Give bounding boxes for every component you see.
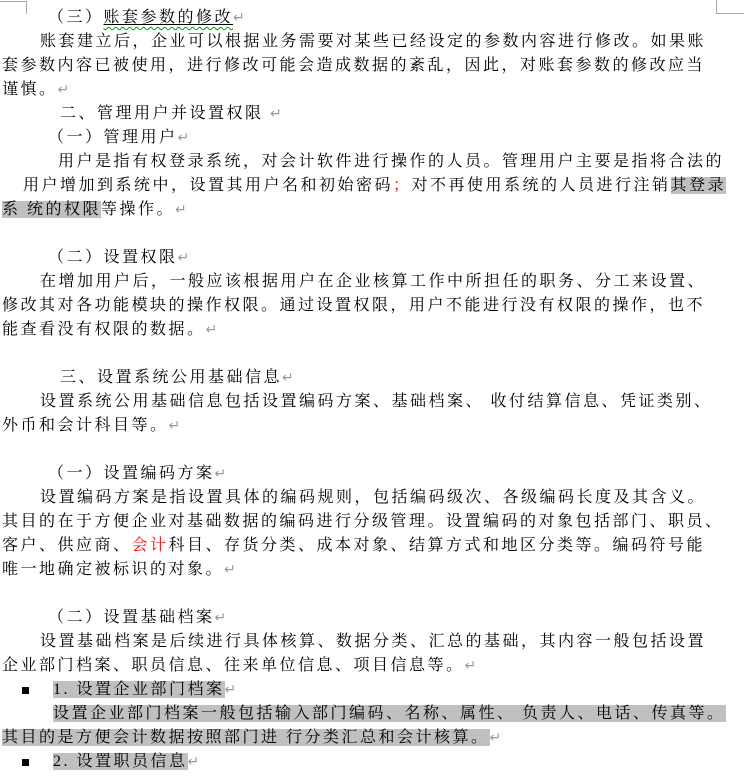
red-text-run: ；	[393, 177, 412, 194]
text-run: 设置系统公用基础信息包括设置编码方案、基础档案、 收付结算信息、凭证类别、	[40, 393, 713, 410]
text-run: （二）设置基础档案	[48, 609, 215, 626]
paragraph-mark-icon: ↵	[270, 106, 282, 122]
text-run: 客户、供应商、	[2, 537, 132, 554]
paragraph-mark-icon: ↵	[188, 754, 200, 770]
text-run: 等操作。	[101, 201, 175, 218]
text-run: 企业部门档案、职员信息、往来单位信息、项目信息等。	[2, 657, 465, 674]
blank-line	[0, 222, 744, 246]
text-line: 1. 设置企业部门档案↵	[0, 678, 744, 702]
underlined-heading-text: 账套参数的修改	[104, 9, 234, 26]
text-line: 三、设置系统公用基础信息↵	[0, 366, 744, 390]
text-line: 在增加用户后，一般应该根据用户在企业核算工作中所担任的职务、分工来设置、	[0, 270, 744, 294]
text-run: 在增加用户后，一般应该根据用户在企业核算工作中所担任的职务、分工来设置、	[40, 273, 706, 290]
text-line: 唯一地确定被标识的对象。↵	[0, 558, 744, 582]
blank-line	[0, 438, 744, 462]
text-line: 2. 设置职员信息↵	[0, 750, 744, 774]
text-run: 套参数内容已被使用，进行修改可能会造成数据的紊乱，因此，对账套参数的修改应当	[2, 57, 705, 74]
text-line: 其目的在于方便企业对基础数据的编码进行分级管理。设置编码的对象包括部门、职员、	[0, 510, 744, 534]
text-run: 其目的在于方便企业对基础数据的编码进行分级管理。设置编码的对象包括部门、职员、	[2, 513, 724, 530]
document-page[interactable]: （三）账套参数的修改↵账套建立后，企业可以根据业务需要对某些已经设定的参数内容进…	[0, 0, 744, 777]
text-line: 二、管理用户并设置权限 ↵	[0, 102, 744, 126]
paragraph-mark-icon: ↵	[178, 130, 190, 146]
text-line: 修改其对各功能模块的操作权限。通过设置权限，用户不能进行没有权限的操作，也不	[0, 294, 744, 318]
text-run: （三）	[48, 9, 104, 26]
text-line: （一）管理用户↵	[0, 126, 744, 150]
text-run: 谨慎。	[2, 81, 58, 98]
text-run: 设置基础档案是后续进行具体核算、数据分类、汇总的基础，其内容一般包括设置	[40, 633, 706, 650]
text-line: （二）设置基础档案↵	[0, 606, 744, 630]
text-run: 外币和会计科目等。	[2, 417, 169, 434]
paragraph-mark-icon: ↵	[175, 202, 187, 218]
paragraph-mark-icon: ↵	[490, 730, 502, 746]
highlighted-text-run: 设置企业部门档案一般包括输入部门编码、名称、属性、 负责人、电话、传真等。	[53, 705, 726, 722]
text-line: 系 统的权限等操作。↵	[0, 198, 744, 222]
highlighted-text-run: 1. 设置企业部门档案	[53, 681, 225, 698]
paragraph-mark-icon: ↵	[58, 82, 70, 98]
text-line: 设置企业部门档案一般包括输入部门编码、名称、属性、 负责人、电话、传真等。	[0, 702, 744, 726]
paragraph-mark-icon: ↵	[225, 682, 237, 698]
text-line: （一）设置编码方案↵	[0, 462, 744, 486]
text-run: 修改其对各功能模块的操作权限。通过设置权限，用户不能进行没有权限的操作，也不	[2, 297, 705, 314]
text-run: 设置编码方案是指设置具体的编码规则，包括编码级次、各级编码长度及其含义。	[40, 489, 706, 506]
text-line: 其目的是方便会计数据按照部门进 行分类汇总和会计核算。↵	[0, 726, 744, 750]
paragraph-mark-icon: ↵	[465, 658, 477, 674]
document-text-area: （三）账套参数的修改↵账套建立后，企业可以根据业务需要对某些已经设定的参数内容进…	[0, 6, 744, 774]
list-bullet-icon	[22, 759, 29, 766]
text-line: （三）账套参数的修改↵	[0, 6, 744, 30]
paragraph-mark-icon: ↵	[215, 610, 227, 626]
text-run: 唯一地确定被标识的对象。	[2, 561, 224, 578]
text-run: （一）设置编码方案	[48, 465, 215, 482]
text-run: 能查看没有权限的数据。	[2, 321, 206, 338]
text-run: （一）管理用户	[48, 129, 178, 146]
text-run: 用户是指有权登录系统，对会计软件进行操作的人员。管理用户主要是指将合法的	[58, 153, 724, 170]
paragraph-mark-icon: ↵	[215, 466, 227, 482]
paragraph-mark-icon: ↵	[169, 418, 181, 434]
text-line: 外币和会计科目等。↵	[0, 414, 744, 438]
list-bullet-icon	[22, 687, 29, 694]
highlighted-text-run: 其目的是方便会计数据按照部门进 行分类汇总和会计核算。	[2, 729, 490, 746]
highlighted-text-run: 系 统的权限	[2, 201, 101, 218]
text-line: （二）设置权限↵	[0, 246, 744, 270]
highlighted-text-run: 2. 设置职员信息	[53, 753, 188, 770]
red-text-run: 会计	[132, 537, 169, 554]
text-line: 谨慎。↵	[0, 78, 744, 102]
text-line: 账套建立后，企业可以根据业务需要对某些已经设定的参数内容进行修改。如果账	[0, 30, 744, 54]
text-run: 三、设置系统公用基础信息	[60, 369, 282, 386]
paragraph-mark-icon: ↵	[224, 562, 236, 578]
text-run: 二、管理用户并设置权限	[60, 105, 270, 122]
paragraph-mark-icon: ↵	[282, 370, 294, 386]
text-run: 账套建立后，企业可以根据业务需要对某些已经设定的参数内容进行修改。如果账	[40, 33, 706, 50]
text-run: 科目、存货分类、成本对象、结算方式和地区分类等。编码符号能	[169, 537, 706, 554]
blank-line	[0, 342, 744, 366]
text-line: 设置编码方案是指设置具体的编码规则，包括编码级次、各级编码长度及其含义。	[0, 486, 744, 510]
highlighted-text-run: 其登录	[671, 177, 727, 194]
text-line: 设置基础档案是后续进行具体核算、数据分类、汇总的基础，其内容一般包括设置	[0, 630, 744, 654]
paragraph-mark-icon: ↵	[233, 10, 245, 26]
text-line: 企业部门档案、职员信息、往来单位信息、项目信息等。↵	[0, 654, 744, 678]
text-run: 用户增加到系统中，设置其用户名和初始密码	[23, 177, 393, 194]
text-line: 客户、供应商、会计科目、存货分类、成本对象、结算方式和地区分类等。编码符号能	[0, 534, 744, 558]
underlined-text: 账套参数的修改	[104, 9, 234, 26]
blank-line	[0, 582, 744, 606]
text-line: 设置系统公用基础信息包括设置编码方案、基础档案、 收付结算信息、凭证类别、	[0, 390, 744, 414]
text-line: 用户是指有权登录系统，对会计软件进行操作的人员。管理用户主要是指将合法的	[0, 150, 744, 174]
text-line: 能查看没有权限的数据。↵	[0, 318, 744, 342]
text-line: 套参数内容已被使用，进行修改可能会造成数据的紊乱，因此，对账套参数的修改应当	[0, 54, 744, 78]
text-line: 用户增加到系统中，设置其用户名和初始密码；对不再使用系统的人员进行注销其登录	[0, 174, 744, 198]
paragraph-mark-icon: ↵	[206, 322, 218, 338]
text-run: （二）设置权限	[48, 249, 178, 266]
paragraph-mark-icon: ↵	[178, 250, 190, 266]
text-run: 对不再使用系统的人员进行注销	[412, 177, 671, 194]
